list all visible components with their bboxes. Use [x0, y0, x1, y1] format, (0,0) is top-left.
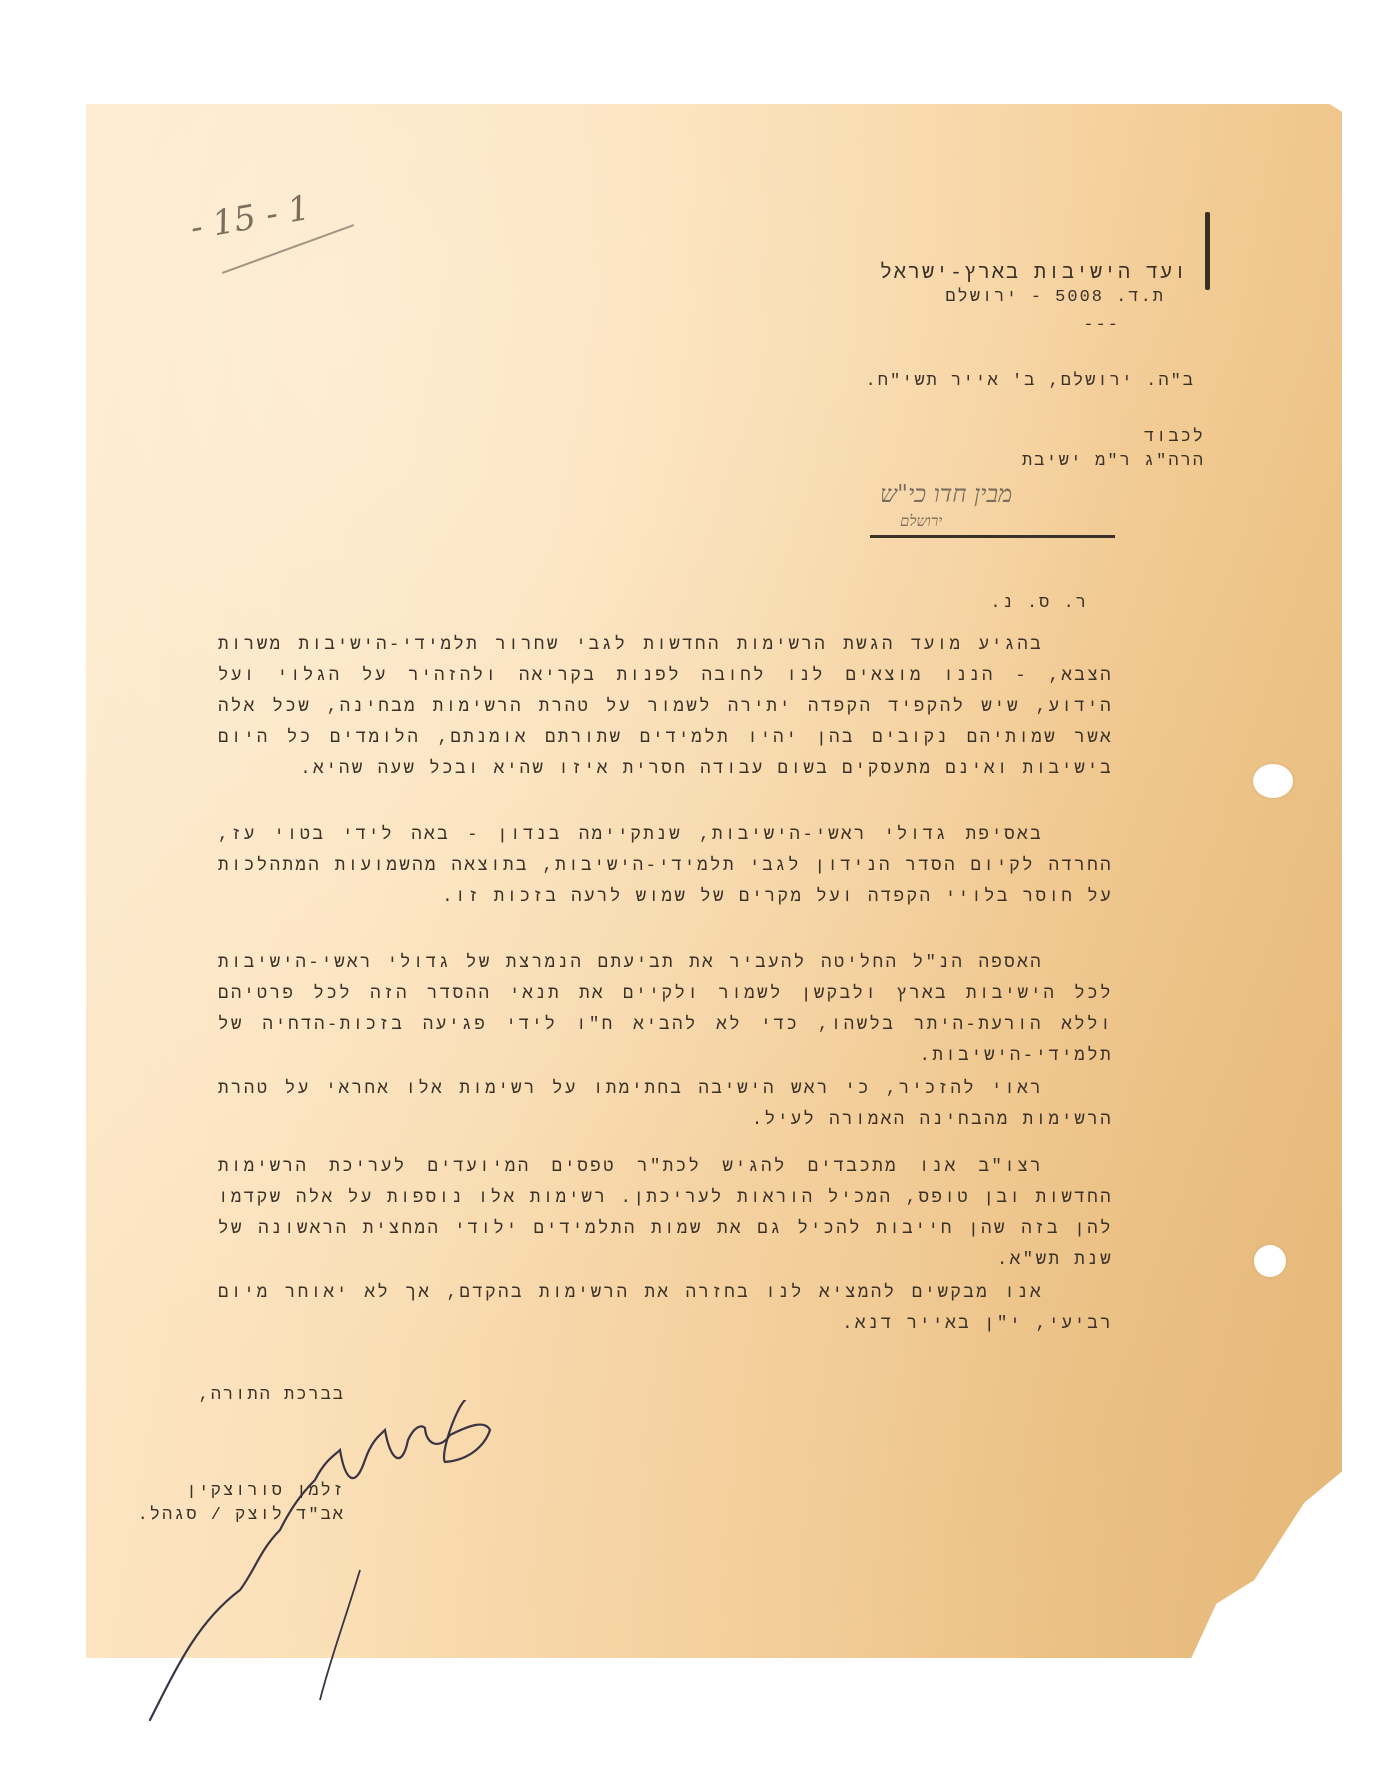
punch-hole-upper: [1253, 764, 1293, 798]
recipient-line-2: הרה"ג ר"מ ישיבת: [1022, 452, 1205, 471]
letterhead-organization: ועד הישיבות בארץ-ישראל: [880, 262, 1188, 285]
letterhead-bracket: [1205, 212, 1210, 290]
recipient-handwritten-2: ירושלם: [900, 512, 942, 531]
letterhead-address: ת.ד. 5008 - ירושלם: [945, 288, 1165, 307]
date-line: ב"ה. ירושלם, ב' אייר תשי"ח.: [866, 372, 1195, 391]
recipient-line-1: לכבוד: [1144, 428, 1205, 447]
punch-hole-lower: [1254, 1245, 1286, 1277]
salutation: ר. ס. נ.: [990, 594, 1088, 613]
body-paragraph-5: רצו"ב אנו מתכבדים להגיש לכת"ר טפסים המיו…: [218, 1152, 1113, 1276]
signer-title: אב"ד לוצק / סגהל.: [138, 1506, 345, 1525]
recipient-underline: [870, 535, 1115, 538]
signer-name: זלמן סורוצקין: [186, 1482, 345, 1501]
body-paragraph-2: באסיפת גדולי ראשי-הישיבות, שנתקיימה בנדו…: [218, 820, 1113, 913]
body-paragraph-1: בהגיע מועד הגשת הרשימות החדשות לגבי שחרו…: [218, 630, 1113, 785]
body-paragraph-4: ראוי להזכיר, כי ראש הישיבה בחתימתו על רש…: [218, 1074, 1113, 1136]
handwritten-signature: [140, 1400, 540, 1730]
letterhead-separator: ---: [1083, 316, 1120, 335]
body-paragraph-6: אנו מבקשים להמציא לנו בחזרה את הרשימות ב…: [218, 1278, 1113, 1340]
body-paragraph-3: האספה הנ"ל החליטה להעביר את תביעתם הנמרצ…: [218, 948, 1113, 1072]
recipient-handwritten-1: מבין חדו כי"ש: [880, 480, 1012, 509]
